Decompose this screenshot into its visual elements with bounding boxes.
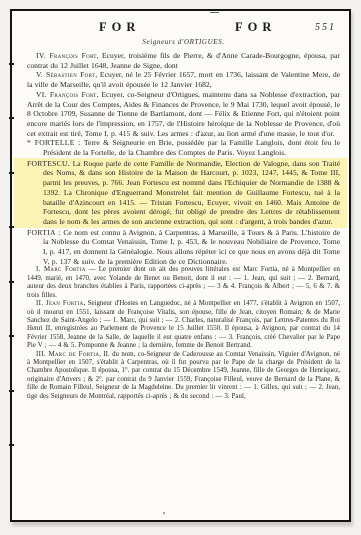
- running-title-left: FOR: [99, 20, 140, 35]
- entry-text: Ce nom est connu à Avignon, à Carpentras…: [43, 228, 340, 266]
- scan-artifact: [210, 12, 219, 13]
- text-body: IV. François Fort, Ecuyer, troisième fil…: [27, 51, 340, 401]
- entry-fortia-iii: III. Marc de Fortia, II. du nom, co-Seig…: [27, 351, 340, 401]
- entry-fortia: FORTIA : Ce nom est connu à Avignon, à C…: [27, 228, 340, 267]
- entry-lead: FORTIA :: [27, 228, 61, 237]
- entry-fortelle: * FORTELLE : Terre & Seigneurie en Brie,…: [27, 138, 340, 157]
- entry-text: , Seigneur d'Hostes en Languedoc, né à M…: [27, 300, 340, 349]
- entry-lead: III. Marc de Fortia: [36, 351, 99, 358]
- entry-fortescu: FORTESCU. La Roque parle de cette Famill…: [14, 158, 347, 228]
- entry-lead: VI. François Fort: [36, 90, 97, 99]
- entry-fort-vi: VI. François Fort, Ecuyer, co-Seigneur d…: [27, 90, 340, 139]
- running-header: FOR FOR 551: [27, 20, 340, 35]
- page-number: 551: [315, 22, 336, 33]
- entry-lead: IV. François Fort: [36, 51, 97, 60]
- section-subtitle: Seigneurs d'ORTIGUES.: [27, 38, 340, 46]
- entry-lead: * FORTELLE :: [27, 138, 81, 147]
- page-content: FOR FOR 551 Seigneurs d'ORTIGUES. IV. Fr…: [14, 11, 347, 520]
- entry-lead: I. Marc Fortia: [36, 266, 86, 273]
- entry-lead: FORTESCU.: [27, 159, 70, 168]
- entry-text: Terre & Seigneurie en Brie, possédée par…: [43, 138, 340, 157]
- running-title-right: FOR: [235, 20, 276, 35]
- entry-lead: II. Jean Fortia: [36, 300, 84, 307]
- entry-fortia-ii: II. Jean Fortia, Seigneur d'Hostes en La…: [27, 300, 340, 350]
- book-page: FOR FOR 551 Seigneurs d'ORTIGUES. IV. Fr…: [10, 9, 351, 522]
- entry-fortia-i: I. Marc Fortia — Le premier dont on ait …: [27, 266, 340, 300]
- entry-lead: V. Sébastien Fort: [36, 70, 95, 79]
- entry-fort-v: V. Sébastien Fort, Ecuyer, né le 25 Févr…: [27, 70, 340, 89]
- entry-fort-iv: IV. François Fort, Ecuyer, troisième fil…: [27, 51, 340, 70]
- entry-text: La Roque parle de cette Famille de Norma…: [43, 159, 340, 226]
